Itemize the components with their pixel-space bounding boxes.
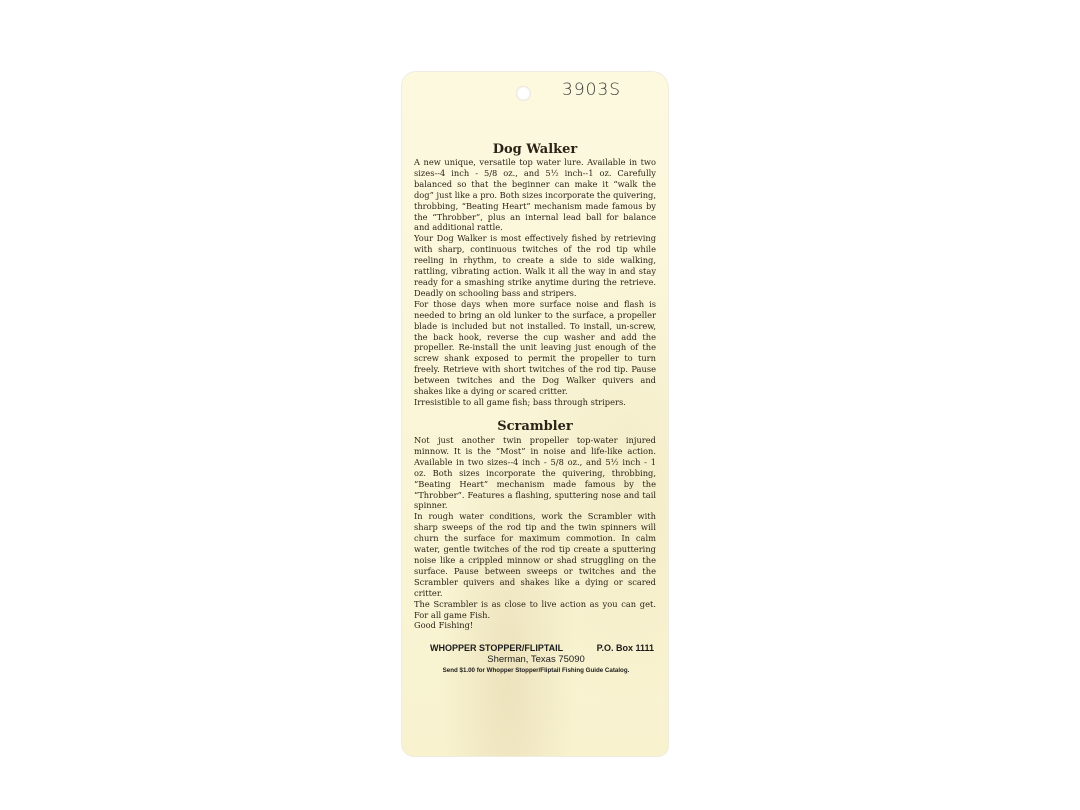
company-city: Sherman, Texas 75090 xyxy=(414,654,658,665)
company-name: WHOPPER STOPPER/FLIPTAIL xyxy=(430,643,563,653)
scrambler-description: Not just another twin propeller top-wate… xyxy=(414,435,656,631)
dog-walker-description: A new unique, versatile top water lure. … xyxy=(414,157,656,408)
handwritten-code: 3903S xyxy=(562,80,621,100)
company-footer: WHOPPER STOPPER/FLIPTAIL P.O. Box 1111 S… xyxy=(414,643,658,674)
hang-hole xyxy=(516,86,531,101)
dog-walker-paragraph: A new unique, versatile top water lure. … xyxy=(414,157,656,233)
scrambler-paragraph: Good Fishing! xyxy=(414,620,656,631)
dog-walker-paragraph: Irresistible to all game fish; bass thro… xyxy=(414,397,656,408)
scrambler-paragraph: The Scrambler is as close to live action… xyxy=(414,599,656,621)
catalog-note: Send $1.00 for Whopper Stopper/Fliptail … xyxy=(414,667,658,674)
dog-walker-paragraph: Your Dog Walker is most effectively fish… xyxy=(414,233,656,298)
scrambler-paragraph: Not just another twin propeller top-wate… xyxy=(414,435,656,511)
scrambler-paragraph: In rough water conditions, work the Scra… xyxy=(414,511,656,598)
scrambler-title: Scrambler xyxy=(402,419,668,434)
dog-walker-paragraph: For those days when more surface noise a… xyxy=(414,299,656,397)
po-box: P.O. Box 1111 xyxy=(597,643,654,653)
dog-walker-title: Dog Walker xyxy=(402,142,668,157)
